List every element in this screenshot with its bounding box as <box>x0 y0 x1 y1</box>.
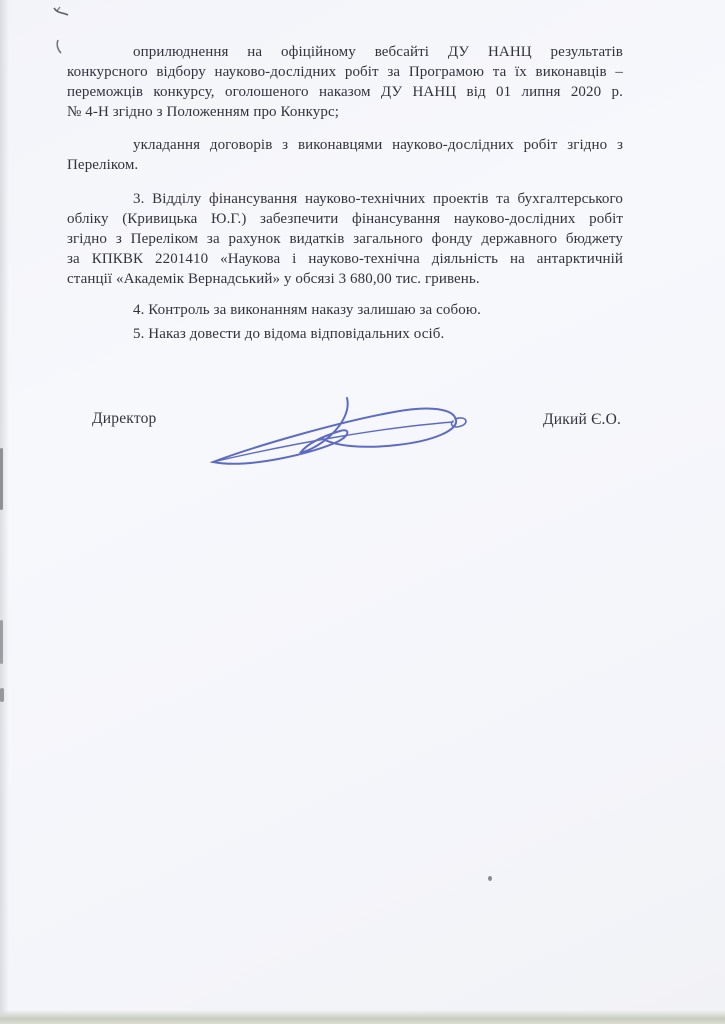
text-line: за КПКВК 2201410 «Наукова і науково-техн… <box>67 249 623 269</box>
text-line: оприлюднення на офіційному вебсайті ДУ Н… <box>67 42 623 62</box>
scan-edge-mark <box>0 620 3 664</box>
signatory-name: Дикий Є.О. <box>543 411 621 429</box>
text-line: згідно з Переліком за рахунок видатків з… <box>67 229 623 249</box>
scan-edge-mark <box>0 448 3 510</box>
text-line: 4. Контроль за виконанням наказу залишаю… <box>67 300 623 320</box>
text-line: 5. Наказ довести до відома відповідальни… <box>67 324 623 344</box>
signatory-role-label: Директор <box>92 410 157 428</box>
scan-edge-mark <box>0 688 4 702</box>
paragraph: укладання договорів з виконавцями науков… <box>67 135 623 175</box>
paragraph: 5. Наказ довести до відома відповідальни… <box>67 324 623 344</box>
paragraph: оприлюднення на офіційному вебсайті ДУ Н… <box>67 42 623 122</box>
text-line: 3. Відділу фінансування науково-технічни… <box>67 189 623 209</box>
text-line: укладання договорів з виконавцями науков… <box>67 135 623 155</box>
paragraph: 4. Контроль за виконанням наказу залишаю… <box>67 300 623 320</box>
text-line: № 4-Н згідно з Положенням про Конкурс; <box>67 102 623 122</box>
text-line: Переліком. <box>67 155 623 175</box>
scanned-page: оприлюднення на офіційному вебсайті ДУ Н… <box>0 0 725 1024</box>
text-line: станції «Академік Вернадський» у обсязі … <box>67 269 623 289</box>
signature-ink <box>203 390 475 474</box>
paragraph: 3. Відділу фінансування науково-технічни… <box>67 189 623 289</box>
scan-bottom-edge <box>0 1010 725 1024</box>
text-line: переможців конкурсу, оголошеного наказом… <box>67 82 623 102</box>
text-line: обліку (Кривицька Ю.Г.) забезпечити фіна… <box>67 209 623 229</box>
text-line: конкурсного відбору науково-дослідних ро… <box>67 62 623 82</box>
scan-edge-shadow <box>0 0 9 1024</box>
scan-speck <box>488 876 492 881</box>
